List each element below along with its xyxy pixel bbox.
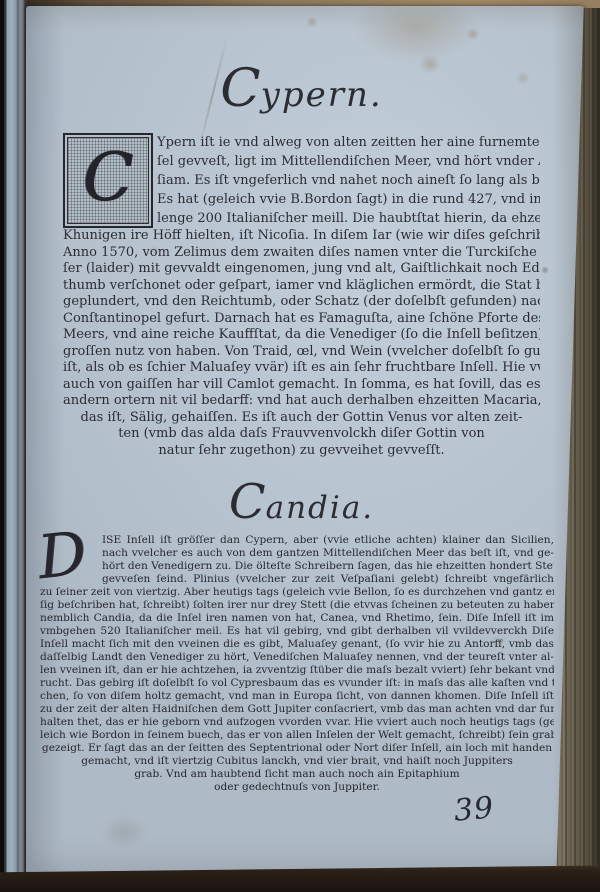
text-line: ſel gevveſt, ligt im Mittellendiſchen Me… (157, 152, 540, 171)
text-line: Anno 1570, vom Zelimus dem zwaiten diſes… (63, 245, 540, 262)
text-line: das iſt, Sälig, gehaiſſen. Es iſt auch d… (63, 410, 540, 427)
book-photo: Cypern. C Ypern iſt ie vnd alweg von alt… (0, 0, 600, 892)
text-line: ten (vmb das alda daſs Frauvvenvolckh di… (63, 426, 540, 443)
paragraph-candia-first-block: D ISE Inſell iſt gröſſer dan Cypern, abe… (40, 534, 554, 586)
text-line: geplundert, vnd den Reichtumb, oder Scha… (63, 294, 540, 311)
dropcap-d: D (35, 524, 89, 589)
text-line: len vveinen iſt, dan er hie achtzehen, i… (40, 664, 554, 677)
text-line: ſer (laider) mit gevvaldt eingenomen, ju… (63, 261, 540, 278)
text-line: Inſell macht ſich mit den vveinen die es… (40, 638, 554, 651)
dropcap-c: C (65, 131, 151, 226)
text-line: hört den Venedigern zu. Die ölteſte Schr… (102, 560, 554, 573)
text-line: grab. Vnd am haubtend ſicht man auch noc… (40, 768, 554, 781)
text-line: chen, ſo von diſem holtz gemacht, vnd ma… (40, 690, 554, 703)
text-line: Conſtantinopel gefurt. Darnach hat es Fa… (63, 311, 540, 328)
text-line: andern ortern nit vil bedarff: vnd hat a… (63, 393, 540, 410)
text-line: Es hat (geleich vvie B.Bordon ſagt) in d… (157, 190, 540, 209)
paragraph-cypern-first-block: C Ypern iſt ie vnd alweg von alten zeitt… (63, 133, 540, 228)
text-line: gezeigt. Er ſagt das an der ſeitten des … (40, 742, 554, 755)
indented-lines: Ypern iſt ie vnd alweg von alten zeitten… (157, 133, 540, 228)
indented-lines: ISE Inſell iſt gröſſer dan Cypern, aber … (102, 534, 554, 586)
text-line: Meers, vnd aine reiche Kauffſtat, da die… (63, 327, 540, 344)
text-line: nemblich Candia, da die Inſel iren namen… (40, 612, 554, 625)
section-heading-cypern: Cypern. (63, 58, 540, 119)
book-gutter-left-edges (0, 0, 27, 892)
text-line: rucht. Das gebirg iſt doſelbſt ſo vol Cy… (40, 677, 554, 690)
full-width-lines: zu ſeiner zeit von viertzig. Aber heutig… (40, 586, 554, 742)
tapered-end-lines: andern ortern nit vil bedarff: vnd hat a… (63, 393, 540, 459)
text-line: thumb verſchonet oder geſpart, iamer vnd… (63, 278, 540, 295)
text-line: leich wie Bordon in ſeinem buech, das er… (40, 729, 554, 742)
text-line: auch von gaiſſen har vill Camlot gemacht… (63, 377, 540, 394)
section-heading-candia: Candia. (63, 474, 540, 530)
text-line: iſt, als ob es ſchier Maluaſey vvär) iſt… (63, 360, 540, 377)
tapered-end-lines: gezeigt. Er ſagt das an der ſeitten des … (40, 742, 554, 794)
text-line: halten thet, das er hie geborn vnd aufzo… (40, 716, 554, 729)
paragraph-cypern: C Ypern iſt ie vnd alweg von alten zeitt… (63, 133, 540, 459)
text-line: Khunigen ire Höff hielten, iſt Nicoſia. … (63, 228, 540, 245)
text-line: lenge 200 Italianiſcher meill. Die haubt… (157, 209, 540, 228)
text-line: ſig beſchriben hat, ſchreibt) ſolten ire… (40, 599, 554, 612)
text-line: zu ſeiner zeit von viertzig. Aber heutig… (40, 586, 554, 599)
text-line: zu der zeit der alten Haidniſchen dem Go… (40, 703, 554, 716)
text-line: groſſen nutz von haben. Von Traid, œl, v… (63, 344, 540, 361)
text-line: gemacht, vnd iſt viertzig Cubitus lanckh… (40, 755, 554, 768)
text-line: nach vvelcher es auch von dem gantzen Mi… (102, 547, 554, 560)
text-line: gevveſen ſeind. Plinius (vvelcher zur ze… (102, 573, 554, 586)
text-line: ſiam. Es iſt vngeferlich vnd nahet noch … (157, 171, 540, 190)
page-number: 39 (453, 790, 496, 828)
text-line: daſſelbig Landt den Venediger zu hört, V… (40, 651, 554, 664)
text-line: Ypern iſt ie vnd alweg von alten zeitten… (157, 133, 540, 152)
text-line: vmbgehen 520 Italianiſcher meil. Es hat … (40, 625, 554, 638)
text-line: ISE Inſell iſt gröſſer dan Cypern, aber … (102, 534, 554, 547)
text-line: natur ſehr zugethon) zu gevveihet gevveſ… (63, 443, 540, 460)
woodcut-initial-letter: C (63, 133, 153, 228)
full-width-lines: Khunigen ire Höff hielten, iſt Nicoſia. … (63, 228, 540, 393)
calligraphic-initial-letter: D (40, 534, 98, 586)
paragraph-candia: D ISE Inſell iſt gröſſer dan Cypern, abe… (40, 534, 554, 794)
book-page: Cypern. C Ypern iſt ie vnd alweg von alt… (26, 6, 586, 878)
